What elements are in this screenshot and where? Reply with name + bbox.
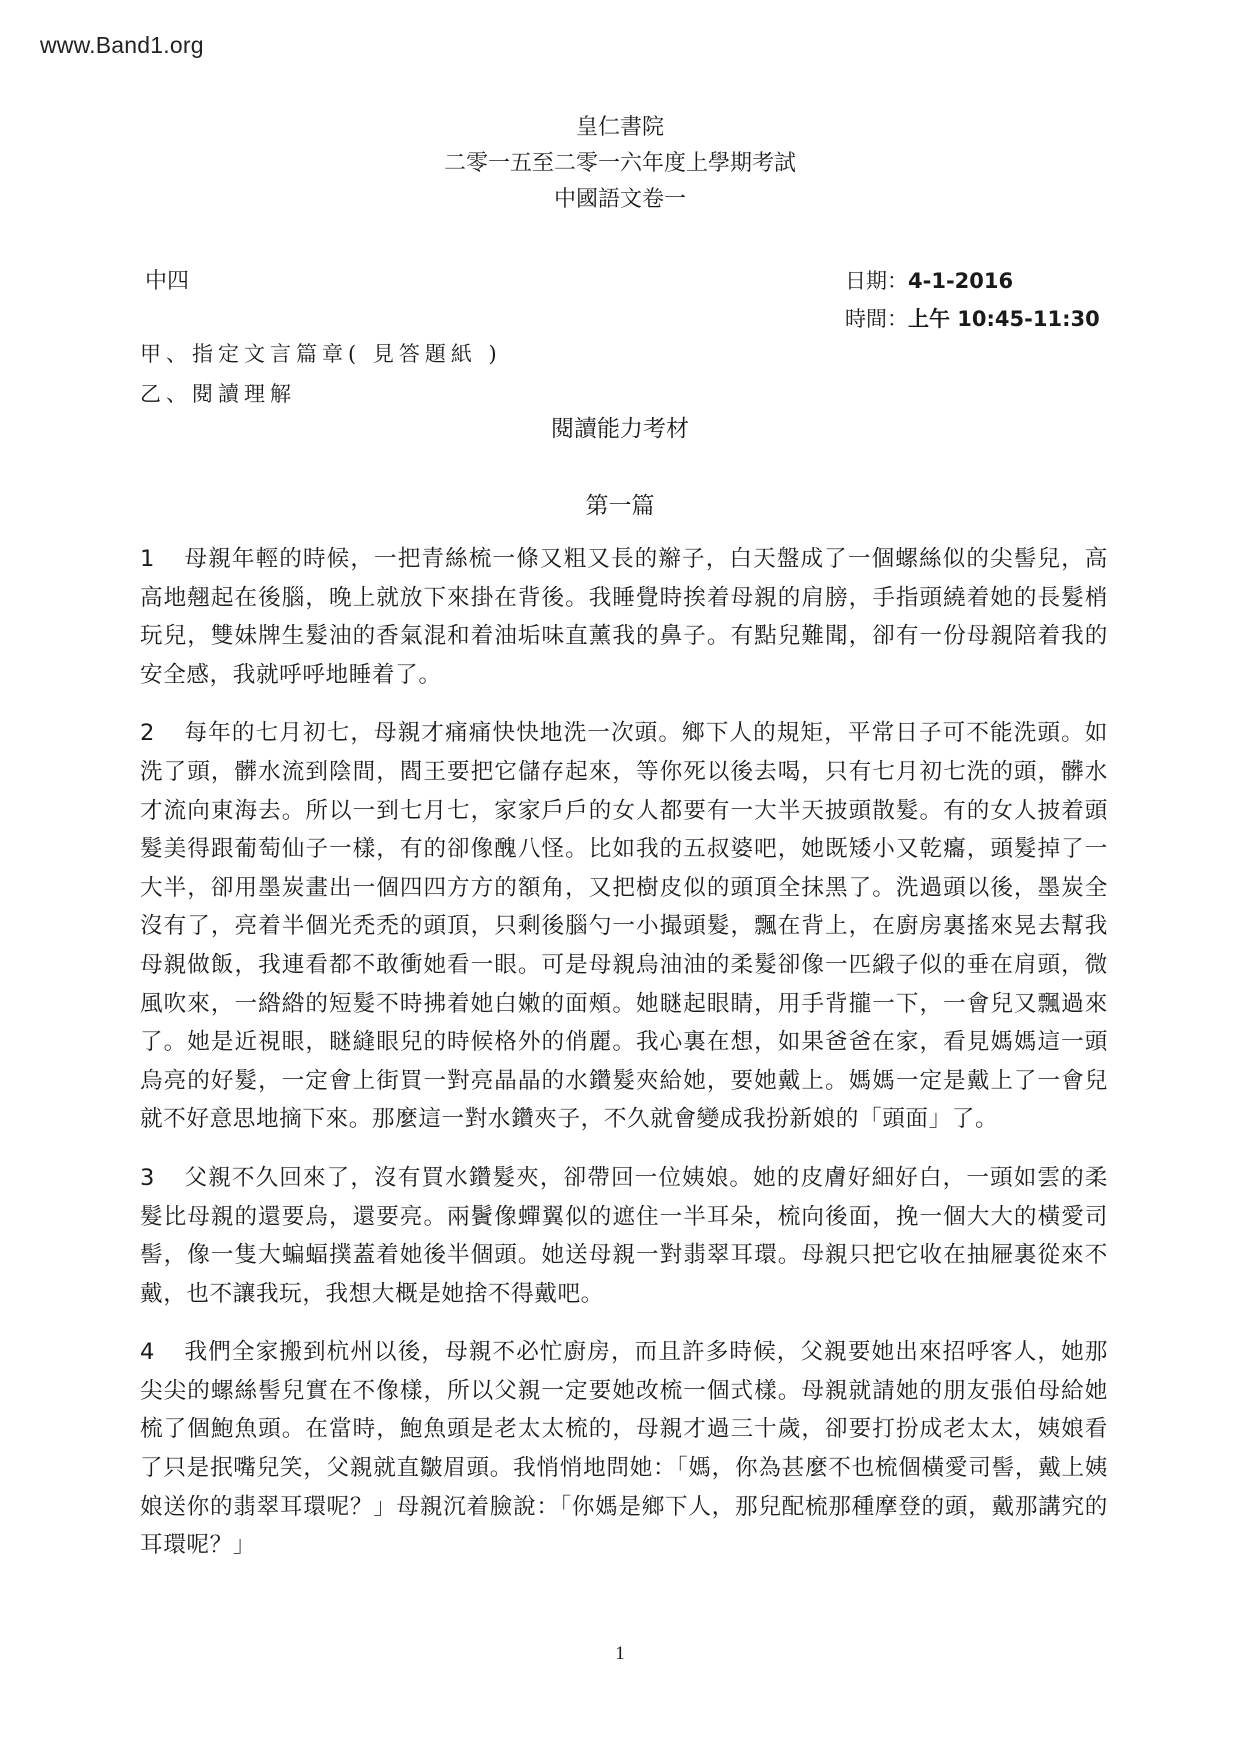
paragraph-number: 3 — [140, 1159, 184, 1198]
paragraph: 1母親年輕的時候，一把青絲梳一條又粗又長的辮子，白天盤成了一個螺絲似的尖髻兒，高… — [140, 540, 1108, 694]
paper-title: 中國語文卷一 — [0, 182, 1240, 218]
paragraph: 3父親不久回來了，沒有買水鑽髮夾，卻帶回一位姨娘。她的皮膚好細好白，一頭如雲的柔… — [140, 1159, 1108, 1313]
part-title: 第一篇 — [0, 487, 1240, 520]
section-item: 甲、指定文言篇章( 見答題紙 ) — [140, 334, 502, 374]
exam-meta: 日期：4-1-2016 時間：上午 10:45-11:30 — [845, 262, 1100, 338]
date-row: 日期：4-1-2016 — [845, 262, 1100, 300]
section-list: 甲、指定文言篇章( 見答題紙 ) 乙、閱讀理解 — [140, 334, 502, 414]
page-number: 1 — [0, 1643, 1240, 1665]
time-row: 時間：上午 10:45-11:30 — [845, 300, 1100, 338]
paragraph-number: 4 — [140, 1333, 184, 1372]
watermark-url: www.Band1.org — [40, 32, 204, 59]
paragraph-text: 母親年輕的時候，一把青絲梳一條又粗又長的辮子，白天盤成了一個螺絲似的尖髻兒，高高… — [140, 546, 1108, 688]
paragraph-text: 每年的七月初七，母親才痛痛快快地洗一次頭。鄉下人的規矩，平常日子可不能洗頭。如洗… — [140, 720, 1108, 1132]
paragraph: 2每年的七月初七，母親才痛痛快快地洗一次頭。鄉下人的規矩，平常日子可不能洗頭。如… — [140, 714, 1108, 1139]
paragraph-text: 我們全家搬到杭州以後，母親不必忙廚房，而且許多時候，父親要她出來招呼客人，她那尖… — [140, 1339, 1108, 1558]
date-value: 4-1-2016 — [908, 269, 1013, 293]
material-title: 閱讀能力考材 — [0, 410, 1240, 443]
paragraph: 4我們全家搬到杭州以後，母親不必忙廚房，而且許多時候，父親要她出來招呼客人，她那… — [140, 1333, 1108, 1565]
exam-header: 皇仁書院 二零一五至二零一六年度上學期考試 中國語文卷一 — [0, 110, 1240, 218]
time-value: 上午 10:45-11:30 — [908, 307, 1100, 331]
grade-level: 中四 — [145, 264, 189, 295]
exam-title: 二零一五至二零一六年度上學期考試 — [0, 146, 1240, 182]
paragraph-number: 1 — [140, 540, 184, 579]
passage-body: 1母親年輕的時候，一把青絲梳一條又粗又長的辮子，白天盤成了一個螺絲似的尖髻兒，高… — [140, 540, 1108, 1585]
time-label: 時間： — [845, 307, 908, 331]
paragraph-text: 父親不久回來了，沒有買水鑽髮夾，卻帶回一位姨娘。她的皮膚好細好白，一頭如雲的柔髮… — [140, 1165, 1108, 1307]
school-name: 皇仁書院 — [0, 110, 1240, 146]
date-label: 日期： — [845, 269, 908, 293]
paragraph-number: 2 — [140, 714, 184, 753]
section-item: 乙、閱讀理解 — [140, 374, 502, 414]
